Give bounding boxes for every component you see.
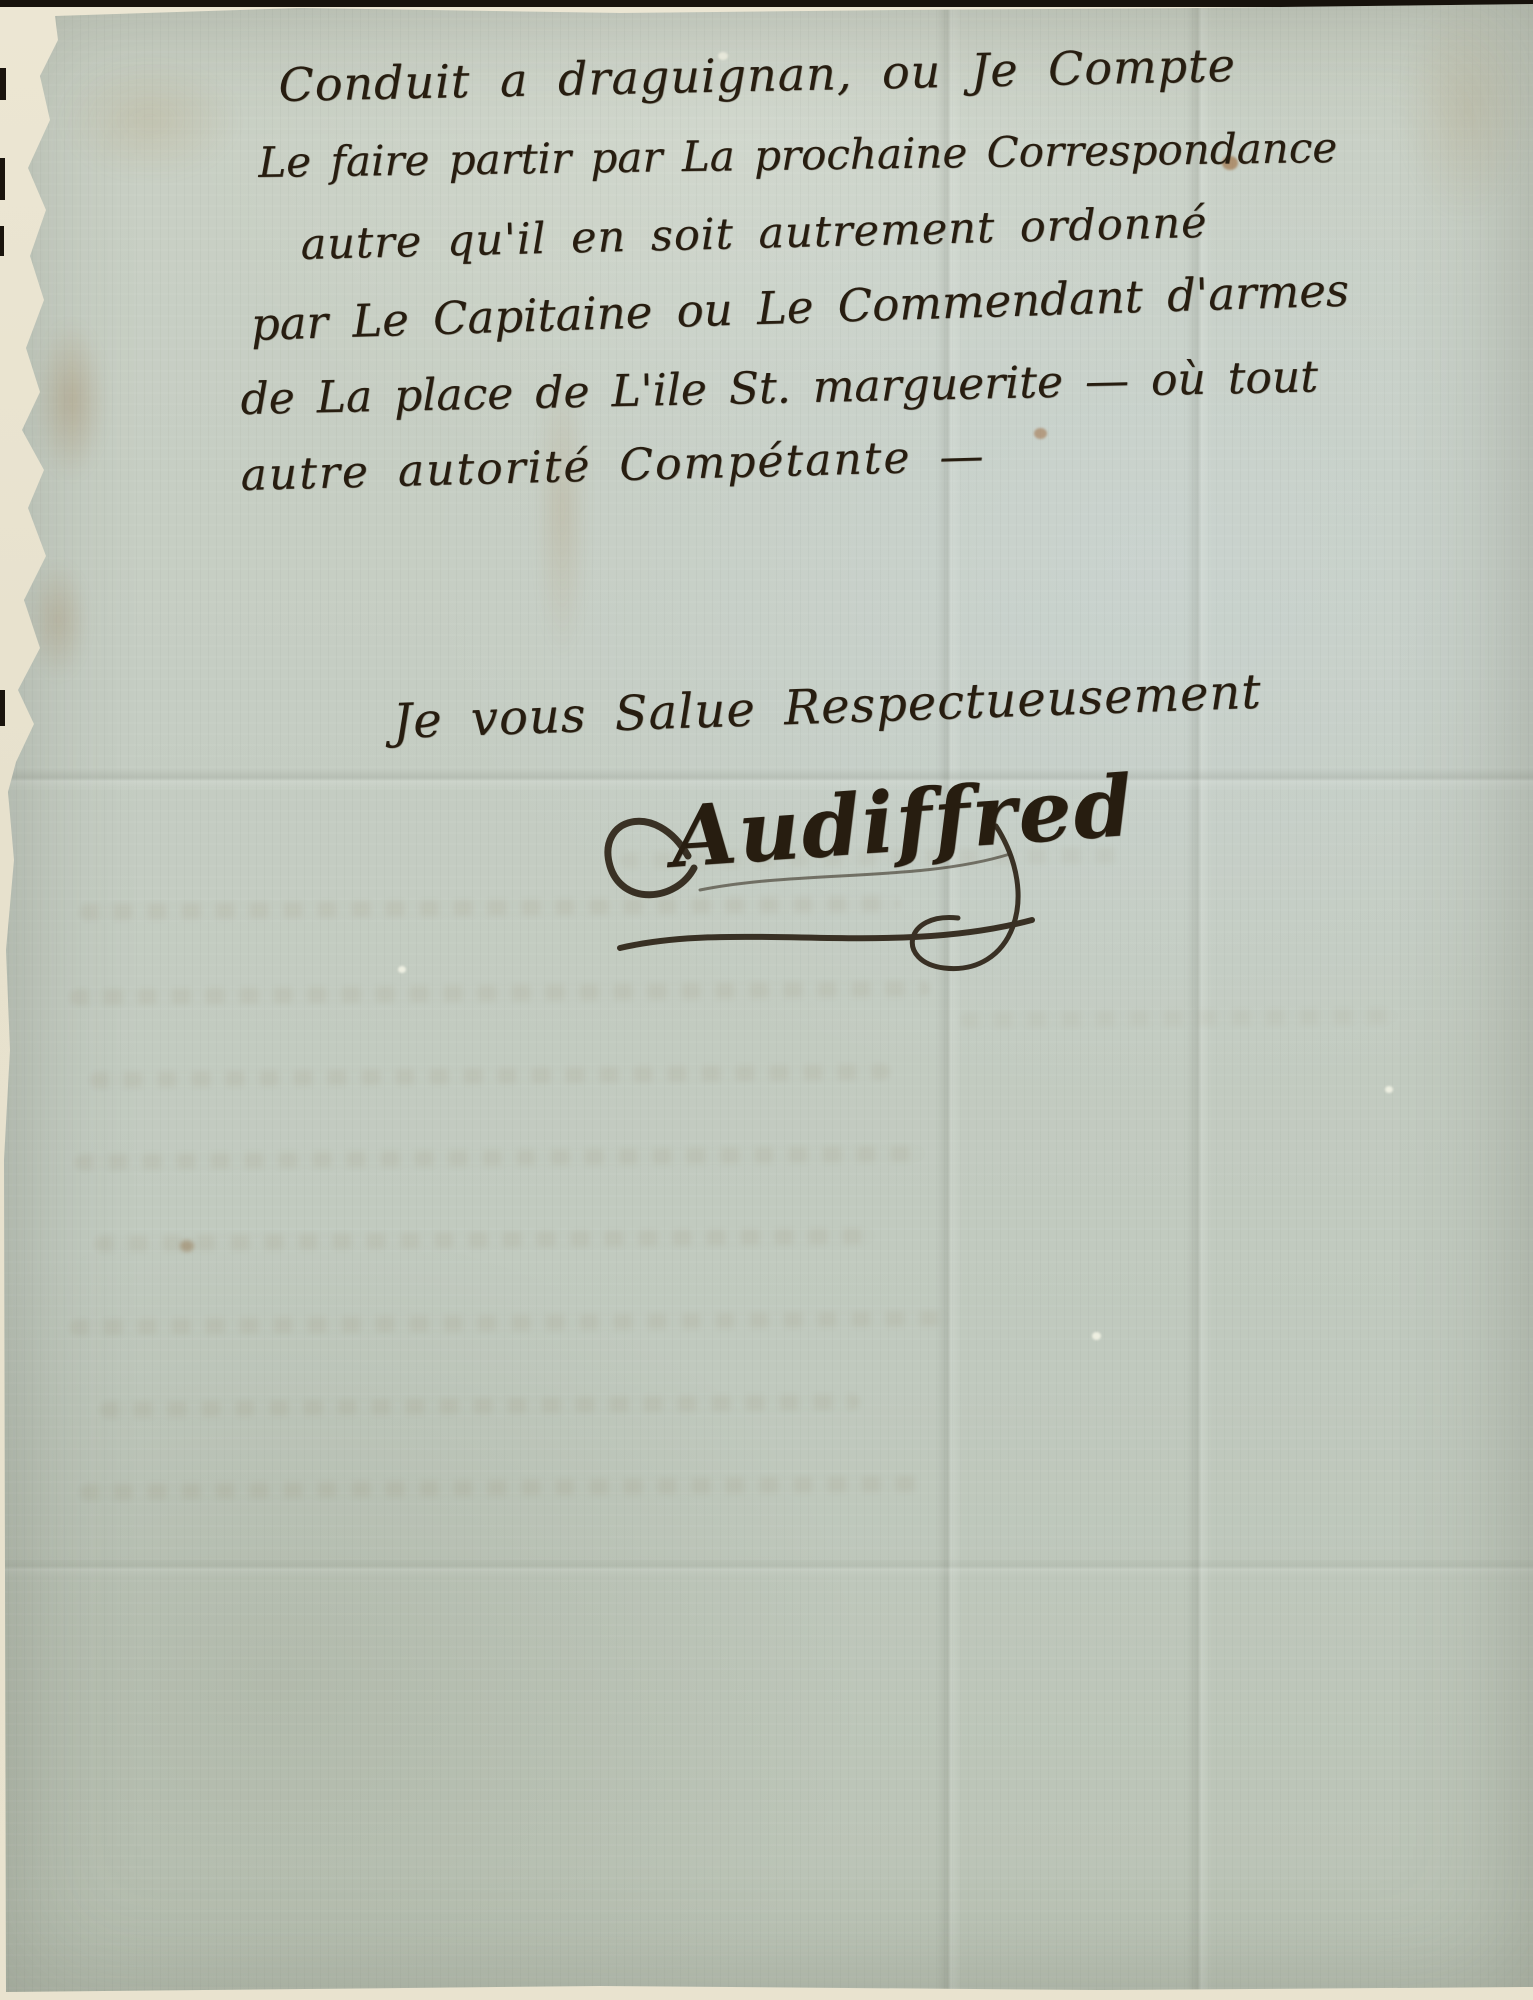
signature: Audiffred: [668, 756, 1137, 887]
handwriting-line: de La place de L'ile St. marguerite — où…: [240, 351, 1318, 425]
handwriting-line: Le faire partir par La prochaine Corresp…: [258, 123, 1337, 187]
paper-speck: [1092, 1332, 1101, 1340]
stain: [28, 560, 88, 680]
ink-bleed-ghost: [960, 1008, 1400, 1029]
paper-speck: [1385, 1086, 1393, 1093]
ink-bleed-ghost: [80, 1476, 920, 1501]
ink-bleed-ghost: [70, 980, 930, 1005]
ink-bleed-ghost: [75, 1146, 925, 1171]
stain: [1400, 0, 1533, 220]
fold-crease-horizontal-2: [0, 1556, 1533, 1578]
stain: [60, 60, 240, 180]
ink-bleed-ghost: [80, 896, 900, 921]
letter-page: Conduit a draguignan, ou Je Compte Le fa…: [0, 0, 1533, 2000]
edge-shadow-notch: [0, 690, 5, 726]
handwriting-line: Conduit a draguignan, ou Je Compte: [278, 38, 1236, 112]
handwriting-line: autre autorité Compétante —: [240, 431, 986, 501]
foxing-dot: [180, 1240, 194, 1252]
foxing-dot: [1034, 428, 1047, 439]
handwriting-line: par Le Capitaine ou Le Commendant d'arme…: [250, 263, 1350, 350]
edge-shadow-notch: [0, 158, 5, 200]
ink-bleed-ghost: [95, 1228, 875, 1252]
scan-root: Conduit a draguignan, ou Je Compte Le fa…: [0, 0, 1533, 2000]
ink-bleed-ghost: [100, 1394, 860, 1418]
edge-shadow-notch: [0, 226, 4, 256]
stain: [36, 320, 106, 480]
closing-salutation: Je vous Salue Respectueusement: [392, 664, 1262, 750]
paper-speck: [398, 966, 406, 973]
edge-shadow-notch: [0, 68, 6, 100]
handwriting-line: autre qu'il en soit autrement ordonné: [300, 198, 1208, 270]
ink-bleed-ghost: [90, 1064, 890, 1088]
ink-bleed-ghost: [70, 1310, 950, 1335]
